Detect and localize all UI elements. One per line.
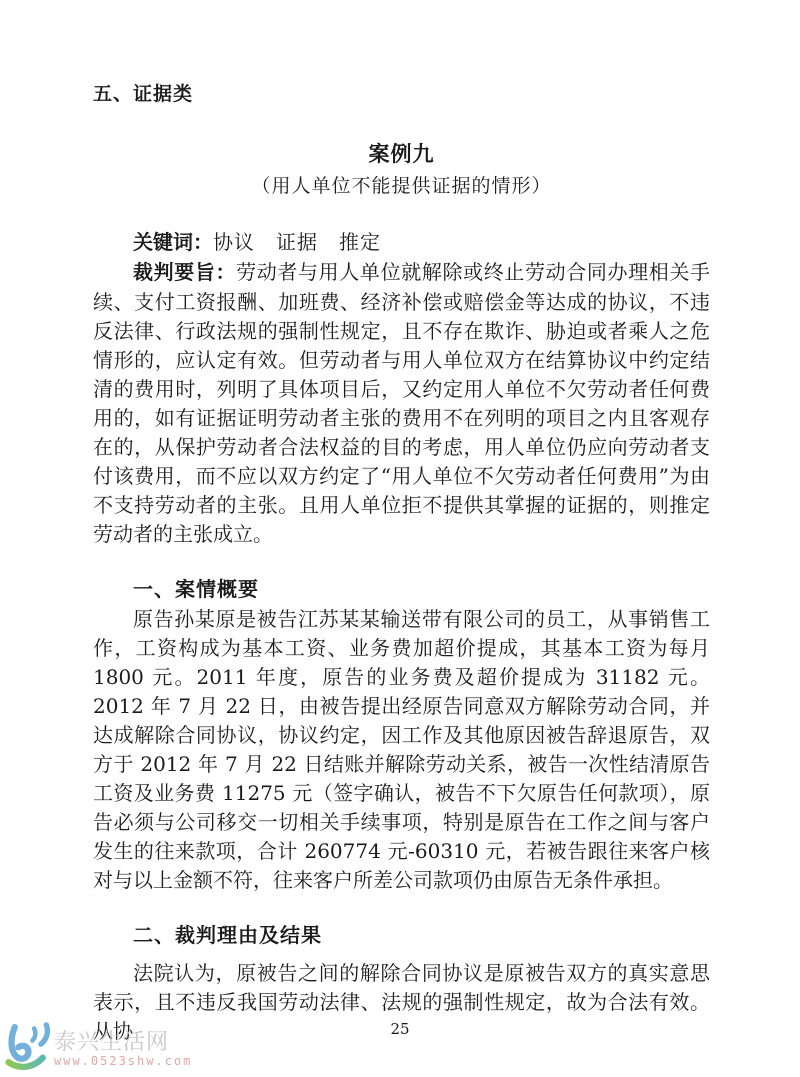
keywords-value: 协议 证据 推定: [213, 230, 381, 254]
section2-heading: 二、裁判理由及结果: [93, 922, 710, 951]
section1-paragraph: 原告孙某原是被告江苏某某输送带有限公司的员工，从事销售工作，工资构成为基本工资、…: [93, 605, 710, 895]
summary-paragraph: 裁判要旨：劳动者与用人单位就解除或终止劳动合同办理相关手续、支付工资报酬、加班费…: [93, 258, 710, 549]
case-subtitle: （用人单位不能提供证据的情形）: [93, 174, 710, 198]
chapter-heading: 五、证据类: [93, 84, 710, 106]
page-content: 五、证据类 案例九 （用人单位不能提供证据的情形） 关键词：协议 证据 推定 裁…: [93, 84, 710, 1046]
summary-label: 裁判要旨：: [133, 262, 236, 284]
site-watermark: 泰兴生活网 www.0523shw.com: [4, 1022, 192, 1070]
site-logo-icon: [4, 1022, 58, 1070]
watermark-text: 泰兴生活网 www.0523shw.com: [54, 1030, 192, 1068]
summary-text: 劳动者与用人单位就解除或终止劳动合同办理相关手续、支付工资报酬、加班费、经济补偿…: [93, 260, 710, 546]
watermark-site-url: www.0523shw.com: [54, 1055, 192, 1068]
keywords-label: 关键词：: [133, 232, 213, 254]
keywords-line: 关键词：协议 证据 推定: [93, 228, 710, 258]
watermark-site-name: 泰兴生活网: [54, 1030, 192, 1054]
case-title: 案例九: [93, 142, 710, 168]
document-page: 五、证据类 案例九 （用人单位不能提供证据的情形） 关键词：协议 证据 推定 裁…: [0, 0, 800, 1077]
section1-heading: 一、案情概要: [93, 576, 710, 605]
